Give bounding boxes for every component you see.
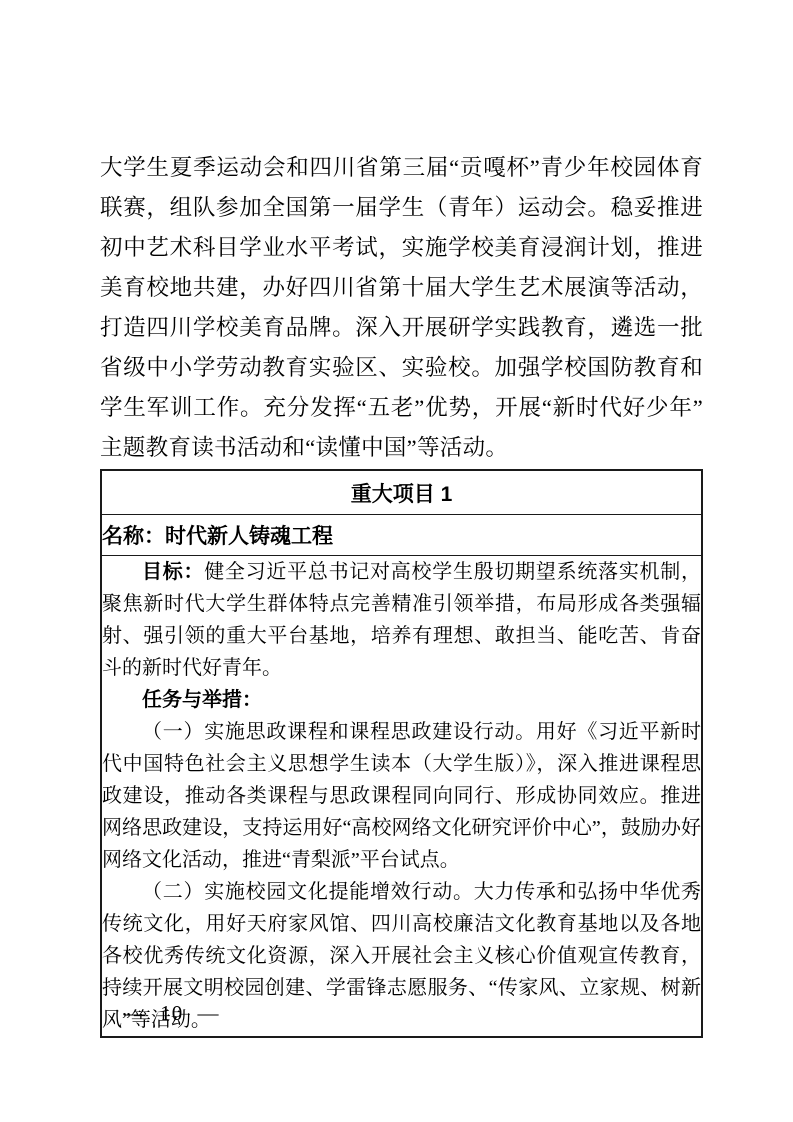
table-row: 重大项目 1 [101, 470, 702, 515]
major-project-table: 重大项目 1 名称：时代新人铸魂工程 目标：健全习近平总书记对高校学生殷切期望系… [100, 469, 703, 1038]
project-body-cell: 目标：健全习近平总书记对高校学生殷切期望系统落实机制，聚焦新时代大学生群体特点完… [101, 556, 702, 1038]
page-number: — 10 — [124, 1001, 220, 1026]
page-content: 大学生夏季运动会和四川省第三届“贡嘎杯”青少年校园体育联赛，组队参加全国第一届学… [100, 148, 703, 1038]
goal-paragraph: 目标：健全习近平总书记对高校学生殷切期望系统落实机制，聚焦新时代大学生群体特点完… [102, 556, 701, 684]
table-header-major-project: 重大项目 1 [101, 470, 702, 515]
tasks-label: 任务与举措： [102, 684, 701, 716]
table-row: 目标：健全习近平总书记对高校学生殷切期望系统落实机制，聚焦新时代大学生群体特点完… [101, 556, 702, 1038]
intro-paragraph: 大学生夏季运动会和四川省第三届“贡嘎杯”青少年校园体育联赛，组队参加全国第一届学… [100, 148, 703, 468]
goal-label: 目标： [142, 561, 204, 583]
document-page: 大学生夏季运动会和四川省第三届“贡嘎杯”青少年校园体育联赛，组队参加全国第一届学… [0, 0, 793, 1122]
project-name-row: 名称：时代新人铸魂工程 [101, 515, 702, 556]
task-item-1: （一）实施思政课程和课程思政建设行动。用好《习近平新时代中国特色社会主义思想学生… [102, 716, 701, 876]
table-row: 名称：时代新人铸魂工程 [101, 515, 702, 556]
